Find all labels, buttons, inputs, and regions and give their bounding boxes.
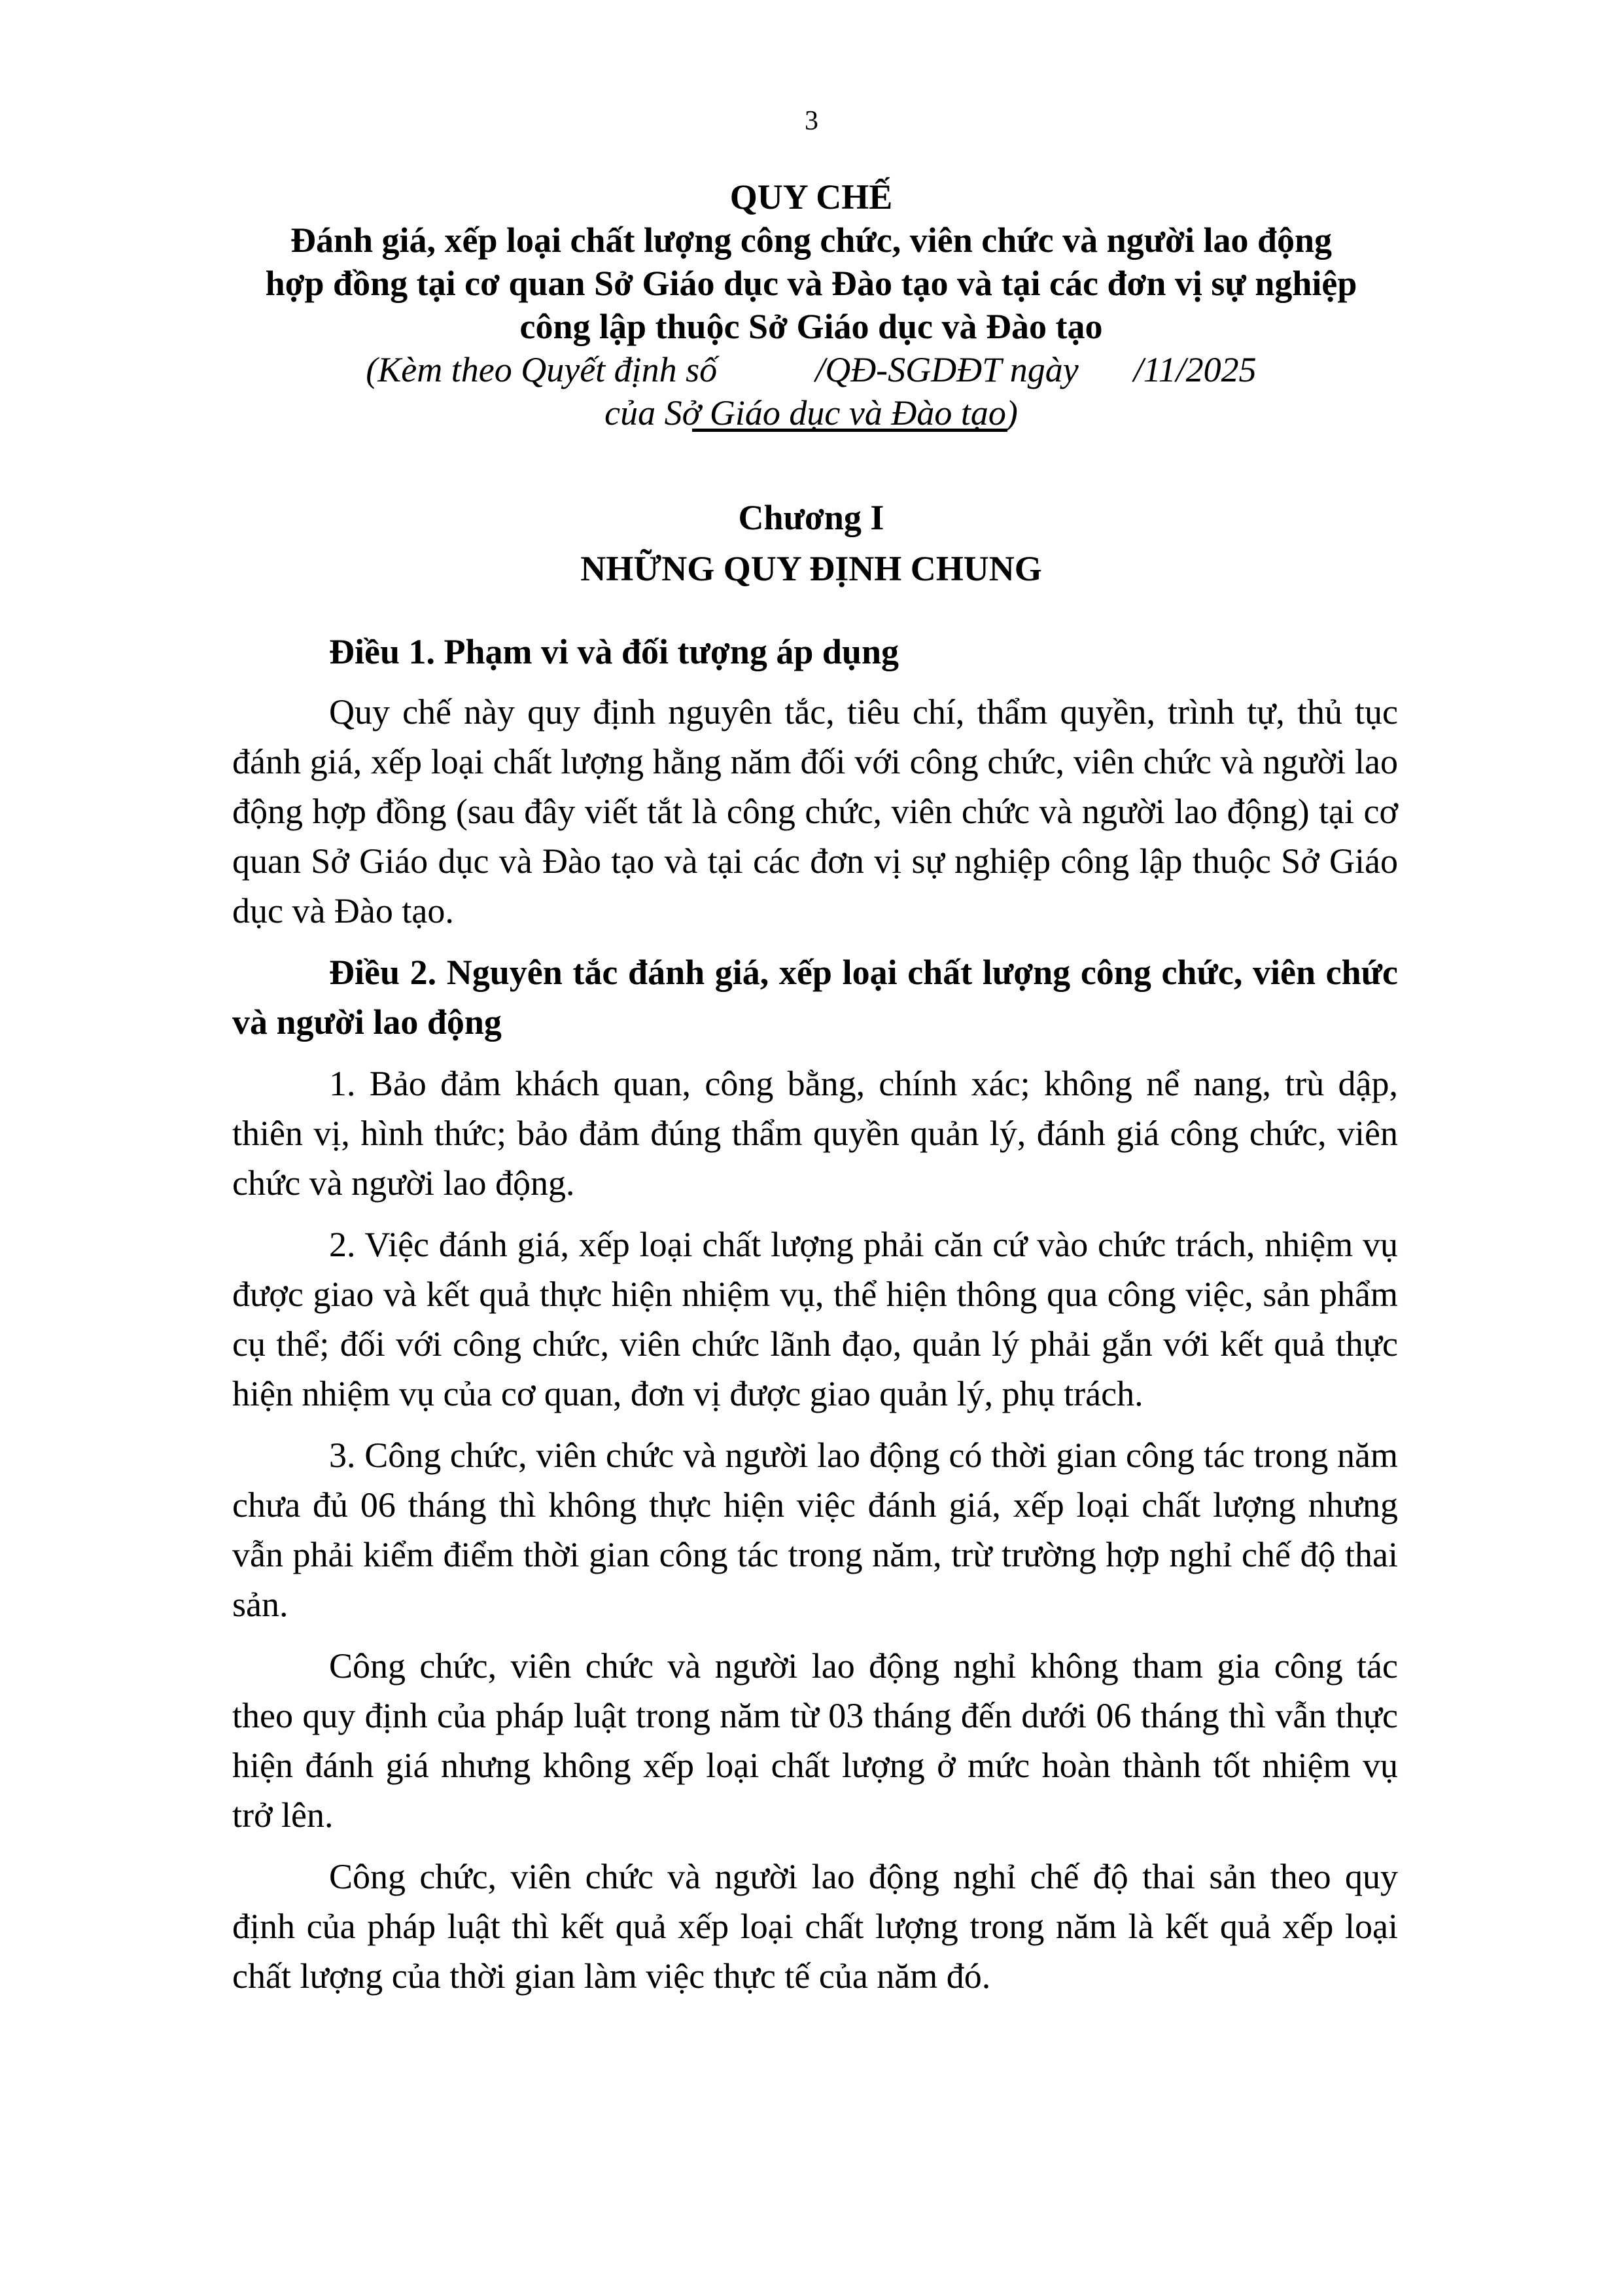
article-2-paragraph: 3. Công chức, viên chức và người lao độn… bbox=[232, 1430, 1398, 1629]
separator-rule bbox=[692, 429, 1007, 432]
page-number: 3 bbox=[0, 105, 1623, 137]
article-2-heading: Điều 2. Nguyên tắc đánh giá, xếp loại ch… bbox=[232, 947, 1398, 1047]
chapter-heading: Chương I NHỮNG QUY ĐỊNH CHUNG bbox=[196, 492, 1426, 594]
subtitle-line: hợp đồng tại cơ quan Sở Giáo dục và Đào … bbox=[196, 262, 1426, 305]
chapter-label: Chương I bbox=[196, 492, 1426, 543]
subtitle-line: công lập thuộc Sở Giáo dục và Đào tạo bbox=[196, 305, 1426, 348]
document-subtitle: Đánh giá, xếp loại chất lượng công chức,… bbox=[196, 219, 1426, 348]
article-1-heading: Điều 1. Phạm vi và đối tượng áp dụng bbox=[232, 627, 1398, 677]
document-body: Điều 1. Phạm vi và đối tượng áp dụng Quy… bbox=[232, 627, 1398, 2013]
article-2-paragraph: Công chức, viên chức và người lao động n… bbox=[232, 1852, 1398, 2001]
chapter-title: NHỮNG QUY ĐỊNH CHUNG bbox=[196, 543, 1426, 594]
attachment-decision-code: /QĐ-SGDĐT ngày bbox=[815, 350, 1079, 389]
article-1-paragraph: Quy chế này quy định nguyên tắc, tiêu ch… bbox=[232, 687, 1398, 936]
attachment-decision-label: (Kèm theo Quyết định số bbox=[366, 350, 717, 389]
attachment-note: (Kèm theo Quyết định số/QĐ-SGDĐT ngày/11… bbox=[196, 348, 1426, 434]
article-2-paragraph: Công chức, viên chức và người lao động n… bbox=[232, 1641, 1398, 1840]
attachment-date: /11/2025 bbox=[1134, 350, 1257, 389]
document-title: QUY CHẾ bbox=[196, 175, 1426, 219]
article-2-paragraph: 2. Việc đánh giá, xếp loại chất lượng ph… bbox=[232, 1220, 1398, 1419]
attachment-line-1: (Kèm theo Quyết định số/QĐ-SGDĐT ngày/11… bbox=[196, 348, 1426, 391]
article-2-paragraph: 1. Bảo đảm khách quan, công bằng, chính … bbox=[232, 1059, 1398, 1208]
subtitle-line: Đánh giá, xếp loại chất lượng công chức,… bbox=[196, 219, 1426, 262]
